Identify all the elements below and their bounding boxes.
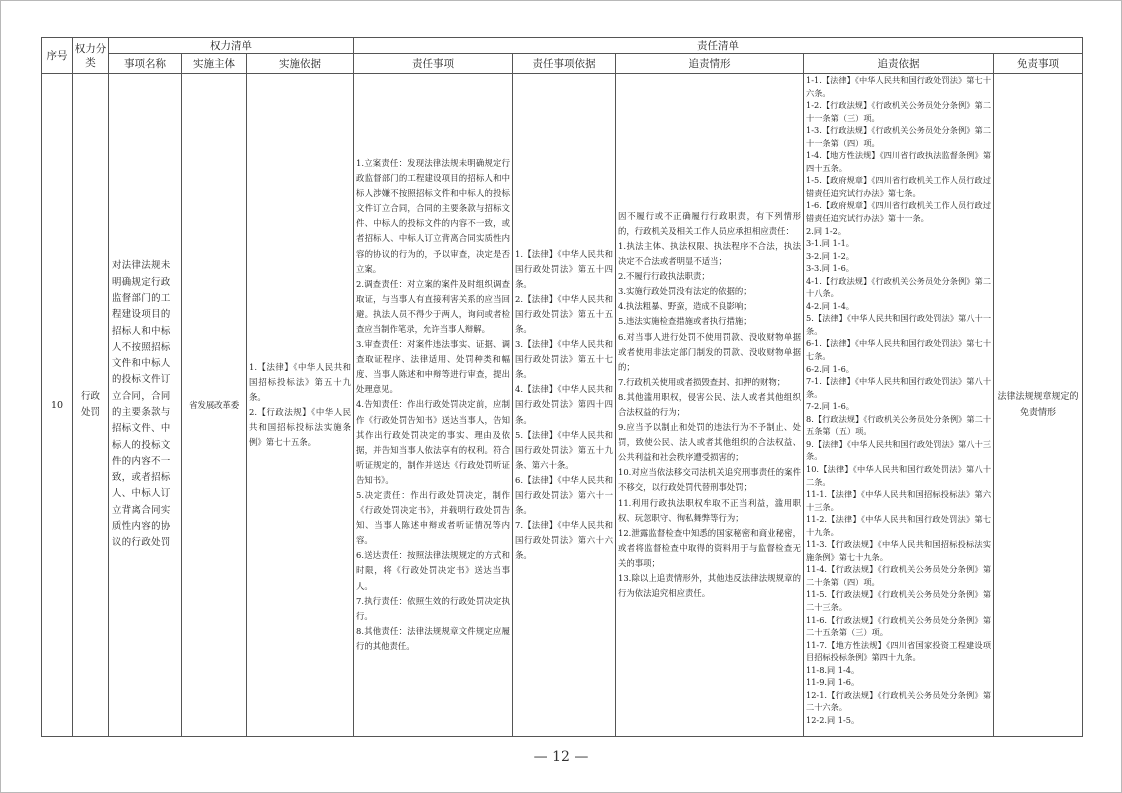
header-exemption: 免责事项	[994, 54, 1083, 74]
accountability-basis-item: 4-2.同 1-4。	[806, 300, 991, 313]
responsibility-basis-item: 7.【法律】《中华人民共和国行政处罚法》第六十六条。	[515, 518, 613, 563]
accountability-basis-item: 1-6.【政府规章】《四川省行政机关工作人员行政过错责任追究试行办法》第十一条。	[806, 199, 991, 224]
row-item-name: 对法律法规未明确规定行政监督部门的工程建设项目的招标人和中标人不按照招标文件和中…	[109, 258, 181, 551]
header-item-name: 事项名称	[109, 54, 182, 74]
accountability-basis-item: 3-2.同 1-2。	[806, 250, 991, 263]
responsibility-basis-item: 4.【法律】《中华人民共和国行政处罚法》第四十四条。	[515, 382, 613, 427]
accountability-situation-item: 1.执法主体、执法权限、执法程序不合法，执法决定不合法或者明显不适当；	[618, 239, 801, 269]
accountability-basis-item: 6-2.同 1-6。	[806, 363, 991, 376]
accountability-basis-item: 11-4.【行政法规】《行政机关公务员处分条例》第二十条第（四）项。	[806, 563, 991, 588]
accountability-basis-item: 1-2.【行政法规】《行政机关公务员处分条例》第二十一条第（三）项。	[806, 99, 991, 124]
page-number: — 12 —	[0, 749, 1122, 765]
header-basis: 实施依据	[247, 54, 354, 74]
row-responsibility-list: 1.立案责任：发现法律法规未明确规定行政监督部门的工程建设项目的招标人和中标人涉…	[354, 156, 512, 654]
accountability-basis-item: 3-3.同 1-6。	[806, 262, 991, 275]
row-exemption-cell: 法律法规规章规定的免责情形	[994, 74, 1083, 737]
accountability-situation-item: 13.除以上追责情形外，其他违反法律法规规章的行为依法追究相应责任。	[618, 571, 801, 601]
responsibility-basis-item: 5.【法律】《中华人民共和国行政处罚法》第五十九条、第六十条。	[515, 428, 613, 473]
accountability-basis-item: 1-4.【地方性法规】《四川省行政执法监督条例》第四十五条。	[806, 149, 991, 174]
accountability-situation-item: 5.违法实施检查措施或者执行措施；	[618, 314, 801, 329]
accountability-basis-item: 1-3.【行政法规】《行政机关公务员处分条例》第二十一条第（四）项。	[806, 124, 991, 149]
accountability-basis-item: 5.【法律】《中华人民共和国行政处罚法》第八十一条。	[806, 312, 991, 337]
accountability-basis-item: 1-5.【政府规章】《四川省行政机关工作人员行政过错责任追究试行办法》第七条。	[806, 174, 991, 199]
accountability-basis-item: 12-1.【行政法规】《行政机关公务员处分条例》第二十六条。	[806, 689, 991, 714]
accountability-basis-item: 11-5.【行政法规】《行政机关公务员处分条例》第二十三条。	[806, 588, 991, 613]
accountability-basis-item: 3-1.同 1-1。	[806, 237, 991, 250]
header-accountability-situation: 追责情形	[616, 54, 804, 74]
power-responsibility-table: 序号 权力分类 权力清单 责任清单 事项名称 实施主体 实施依据 责任事项 责任…	[41, 37, 1083, 737]
accountability-situation-item: 4.执法粗暴、野蛮，造成不良影响；	[618, 299, 801, 314]
accountability-basis-item: 10.【法律】《中华人民共和国行政处罚法》第八十二条。	[806, 463, 991, 488]
accountability-basis-item: 4-1.【行政法规】《行政机关公务员处分条例》第二十八条。	[806, 275, 991, 300]
header-responsibility-list: 责任清单	[354, 38, 1083, 54]
row-category-cell: 行政处罚	[73, 74, 109, 737]
accountability-situation-item: 3.实施行政处罚没有法定的依据的；	[618, 284, 801, 299]
accountability-situation-item: 2.不履行行政执法职责；	[618, 269, 801, 284]
accountability-basis-item: 12-2.同 1-5。	[806, 714, 991, 727]
row-basis-cell: 1.【法律】《中华人民共和国招标投标法》第五十九条。 2.【行政法规】《中华人民…	[247, 74, 354, 737]
accountability-situation-item: 9.应当予以制止和处罚的违法行为不予制止、处罚，致使公民、法人或者其他组织的合法…	[618, 420, 801, 465]
accountability-basis-item: 11-8.同 1-4。	[806, 664, 991, 677]
accountability-basis-item: 11-7.【地方性法规】《四川省国家投资工程建设项目招标投标条例》第四十九条。	[806, 639, 991, 664]
accountability-situation-item: 因不履行或不正确履行行政职责，有下列情形的，行政机关及相关工作人员应承担相应责任…	[618, 209, 801, 239]
row-accountability-situation-cell: 因不履行或不正确履行行政职责，有下列情形的，行政机关及相关工作人员应承担相应责任…	[616, 74, 804, 737]
accountability-situation-item: 8.其他滥用职权，侵害公民、法人或者其他组织合法权益的行为；	[618, 390, 801, 420]
header-subject: 实施主体	[182, 54, 247, 74]
row-responsibility-basis-list: 1.【法律】《中华人民共和国行政处罚法》第五十四条。 2.【法律】《中华人民共和…	[513, 247, 615, 564]
responsibility-basis-item: 3.【法律】《中华人民共和国行政处罚法》第五十七条。	[515, 337, 613, 382]
accountability-basis-item: 6-1.【法律】《中华人民共和国行政处罚法》第七十七条。	[806, 337, 991, 362]
row-responsibility-cell: 1.立案责任：发现法律法规未明确规定行政监督部门的工程建设项目的招标人和中标人涉…	[354, 74, 513, 737]
accountability-basis-item: 9.【法律】《中华人民共和国行政处罚法》第八十三条。	[806, 438, 991, 463]
accountability-situation-item: 11.利用行政执法职权牟取不正当利益，滥用职权、玩忽职守、徇私舞弊等行为；	[618, 496, 801, 526]
responsibility-item: 6.送达责任：按照法律法规规定的方式和时限，将《行政处罚决定书》送达当事人。	[356, 548, 510, 593]
table-row: 10 行政处罚 对法律法规未明确规定行政监督部门的工程建设项目的招标人和中标人不…	[42, 74, 1083, 737]
responsibility-item: 4.告知责任：作出行政处罚决定前，应制作《行政处罚告知书》送达当事人，告知其作出…	[356, 397, 510, 488]
header-accountability-basis: 追责依据	[804, 54, 994, 74]
accountability-basis-item: 1-1.【法律】《中华人民共和国行政处罚法》第七十六条。	[806, 74, 991, 99]
accountability-basis-item: 11-2.【法律】《中华人民共和国行政处罚法》第七十九条。	[806, 513, 991, 538]
responsibility-item: 3.审查责任：对案件违法事实、证据、调查取证程序、法律适用、处罚种类和幅度、当事…	[356, 337, 510, 397]
row-subject: 省发展改革委	[182, 74, 247, 737]
responsibility-basis-item: 6.【法律】《中华人民共和国行政处罚法》第六十一条。	[515, 473, 613, 518]
row-accountability-situation-list: 因不履行或不正确履行行政职责，有下列情形的，行政机关及相关工作人员应承担相应责任…	[616, 209, 803, 601]
responsibility-item: 7.执行责任：依照生效的行政处罚决定执行。	[356, 594, 510, 624]
row-seq: 10	[42, 74, 73, 737]
basis-item: 1.【法律】《中华人民共和国招标投标法》第五十九条。	[249, 360, 351, 405]
accountability-situation-item: 7.行政机关使用或者损毁查封、扣押的财物；	[618, 375, 801, 390]
accountability-situation-item: 10.对应当依法移交司法机关追究刑事责任的案件不移交，以行政处罚代替刑事处罚；	[618, 465, 801, 495]
row-accountability-basis-list: 1-1.【法律】《中华人民共和国行政处罚法》第七十六条。 1-2.【行政法规】《…	[804, 74, 993, 726]
responsibility-item: 1.立案责任：发现法律法规未明确规定行政监督部门的工程建设项目的招标人和中标人涉…	[356, 156, 510, 277]
accountability-basis-item: 11-9.同 1-6。	[806, 676, 991, 689]
accountability-basis-item: 7-2.同 1-6。	[806, 400, 991, 413]
row-item-name-cell: 对法律法规未明确规定行政监督部门的工程建设项目的招标人和中标人不按照招标文件和中…	[109, 74, 182, 737]
row-basis-list: 1.【法律】《中华人民共和国招标投标法》第五十九条。 2.【行政法规】《中华人民…	[247, 360, 353, 451]
responsibility-item: 2.调查责任：对立案的案件及时组织调查取证，与当事人有直接利害关系的应当回避。执…	[356, 277, 510, 337]
accountability-basis-item: 2.同 1-2。	[806, 225, 991, 238]
accountability-basis-item: 11-1.【法律】《中华人民共和国招标投标法》第六十三条。	[806, 488, 991, 513]
responsibility-item: 5.决定责任：作出行政处罚决定，制作《行政处罚决定书》，并载明行政处罚告知、当事…	[356, 488, 510, 548]
basis-item: 2.【行政法规】《中华人民共和国招标投标法实施条例》第七十五条。	[249, 405, 351, 450]
row-category: 行政处罚	[80, 389, 102, 421]
responsibility-basis-item: 2.【法律】《中华人民共和国行政处罚法》第五十五条。	[515, 292, 613, 337]
accountability-situation-item: 6.对当事人进行处罚不使用罚款、没收财物单据或者使用非法定部门制发的罚款、没收财…	[618, 330, 801, 375]
header-responsibility-basis: 责任事项依据	[513, 54, 616, 74]
row-accountability-basis-cell: 1-1.【法律】《中华人民共和国行政处罚法》第七十六条。 1-2.【行政法规】《…	[804, 74, 994, 737]
header-seq: 序号	[42, 38, 73, 74]
row-exemption: 法律法规规章规定的免责情形	[994, 389, 1082, 421]
header-category: 权力分类	[73, 38, 109, 74]
accountability-situation-item: 12.泄露监督检查中知悉的国家秘密和商业秘密，或者将监督检查中取得的资料用于与监…	[618, 526, 801, 571]
accountability-basis-item: 11-6.【行政法规】《行政机关公务员处分条例》第二十五条第（三）项。	[806, 614, 991, 639]
responsibility-basis-item: 1.【法律】《中华人民共和国行政处罚法》第五十四条。	[515, 247, 613, 292]
header-responsibility: 责任事项	[354, 54, 513, 74]
accountability-basis-item: 8.【行政法规】《行政机关公务员处分条例》第二十五条第（五）项。	[806, 413, 991, 438]
header-power-list: 权力清单	[109, 38, 354, 54]
accountability-basis-item: 7-1.【法律】《中华人民共和国行政处罚法》第八十条。	[806, 375, 991, 400]
responsibility-item: 8.其他责任：法律法规规章文件规定应履行的其他责任。	[356, 624, 510, 654]
accountability-basis-item: 11-3.【行政法规】《中华人民共和国招标投标法实施条例》第七十九条。	[806, 538, 991, 563]
row-responsibility-basis-cell: 1.【法律】《中华人民共和国行政处罚法》第五十四条。 2.【法律】《中华人民共和…	[513, 74, 616, 737]
